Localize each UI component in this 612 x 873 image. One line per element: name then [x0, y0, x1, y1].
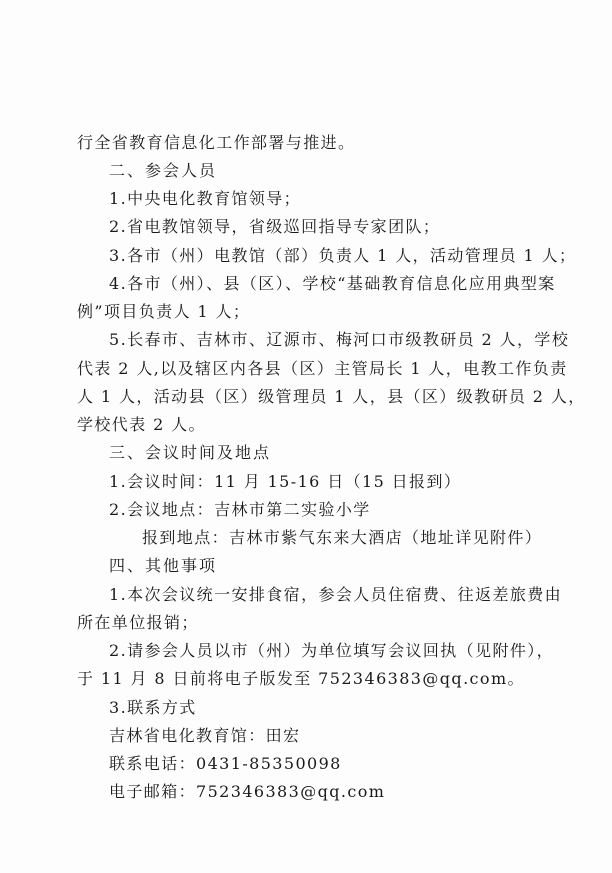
section-heading-time-place: 三、会议时间及地点	[109, 440, 539, 466]
contact-organization: 吉林省电化教育馆：田宏	[109, 723, 539, 749]
participant-item-5-continuation-3: 学校代表 2 人。	[77, 412, 539, 438]
participant-item-5: 5.长春市、吉林市、辽源市、梅河口市级教研员 2 人，学校	[109, 327, 539, 353]
contact-phone: 联系电话：0431-85350098	[109, 751, 539, 777]
meeting-time: 1.会议时间：11 月 15-16 日（15 日报到）	[109, 469, 539, 495]
document-page: 行全省教育信息化工作部署与推进。 二、参会人员 1.中央电化教育馆领导； 2.省…	[0, 0, 612, 873]
participant-item-5-continuation-1: 代表 2 人,以及辖区内各县（区）主管局长 1 人，电教工作负责	[77, 356, 539, 382]
section-heading-participants: 二、参会人员	[109, 158, 539, 184]
participant-item-5-continuation-2: 人 1 人，活动县（区）级管理员 1 人，县（区）级教研员 2 人，	[77, 384, 539, 410]
other-item-1: 1.本次会议统一安排食宿，参会人员住宿费、往返差旅费由	[109, 582, 539, 608]
section-heading-other-matters: 四、其他事项	[109, 553, 539, 579]
participant-item-4: 4.各市（州）、县（区）、学校“基础教育信息化应用典型案	[109, 271, 539, 297]
check-in-place: 报到地点：吉林市紫气东来大酒店（地址详见附件）	[142, 525, 539, 551]
meeting-place: 2.会议地点：吉林市第二实验小学	[109, 497, 539, 523]
participant-item-1: 1.中央电化教育馆领导；	[109, 186, 539, 212]
contact-email: 电子邮箱：752346383@qq.com	[109, 779, 539, 805]
other-item-1-continuation: 所在单位报销；	[77, 610, 539, 636]
paragraph-continuation: 行全省教育信息化工作部署与推进。	[77, 130, 539, 156]
other-item-2: 2.请参会人员以市（州）为单位填写会议回执（见附件），	[109, 638, 539, 664]
participant-item-4-continuation: 例”项目负责人 1 人；	[77, 299, 539, 325]
other-item-2-continuation: 于 11 月 8 日前将电子版发至 752346383@qq.com。	[77, 666, 539, 692]
contact-heading: 3.联系方式	[109, 695, 539, 721]
participant-item-2: 2.省电教馆领导，省级巡回指导专家团队；	[109, 214, 539, 240]
participant-item-3: 3.各市（州）电教馆（部）负责人 1 人，活动管理员 1 人；	[109, 243, 539, 269]
